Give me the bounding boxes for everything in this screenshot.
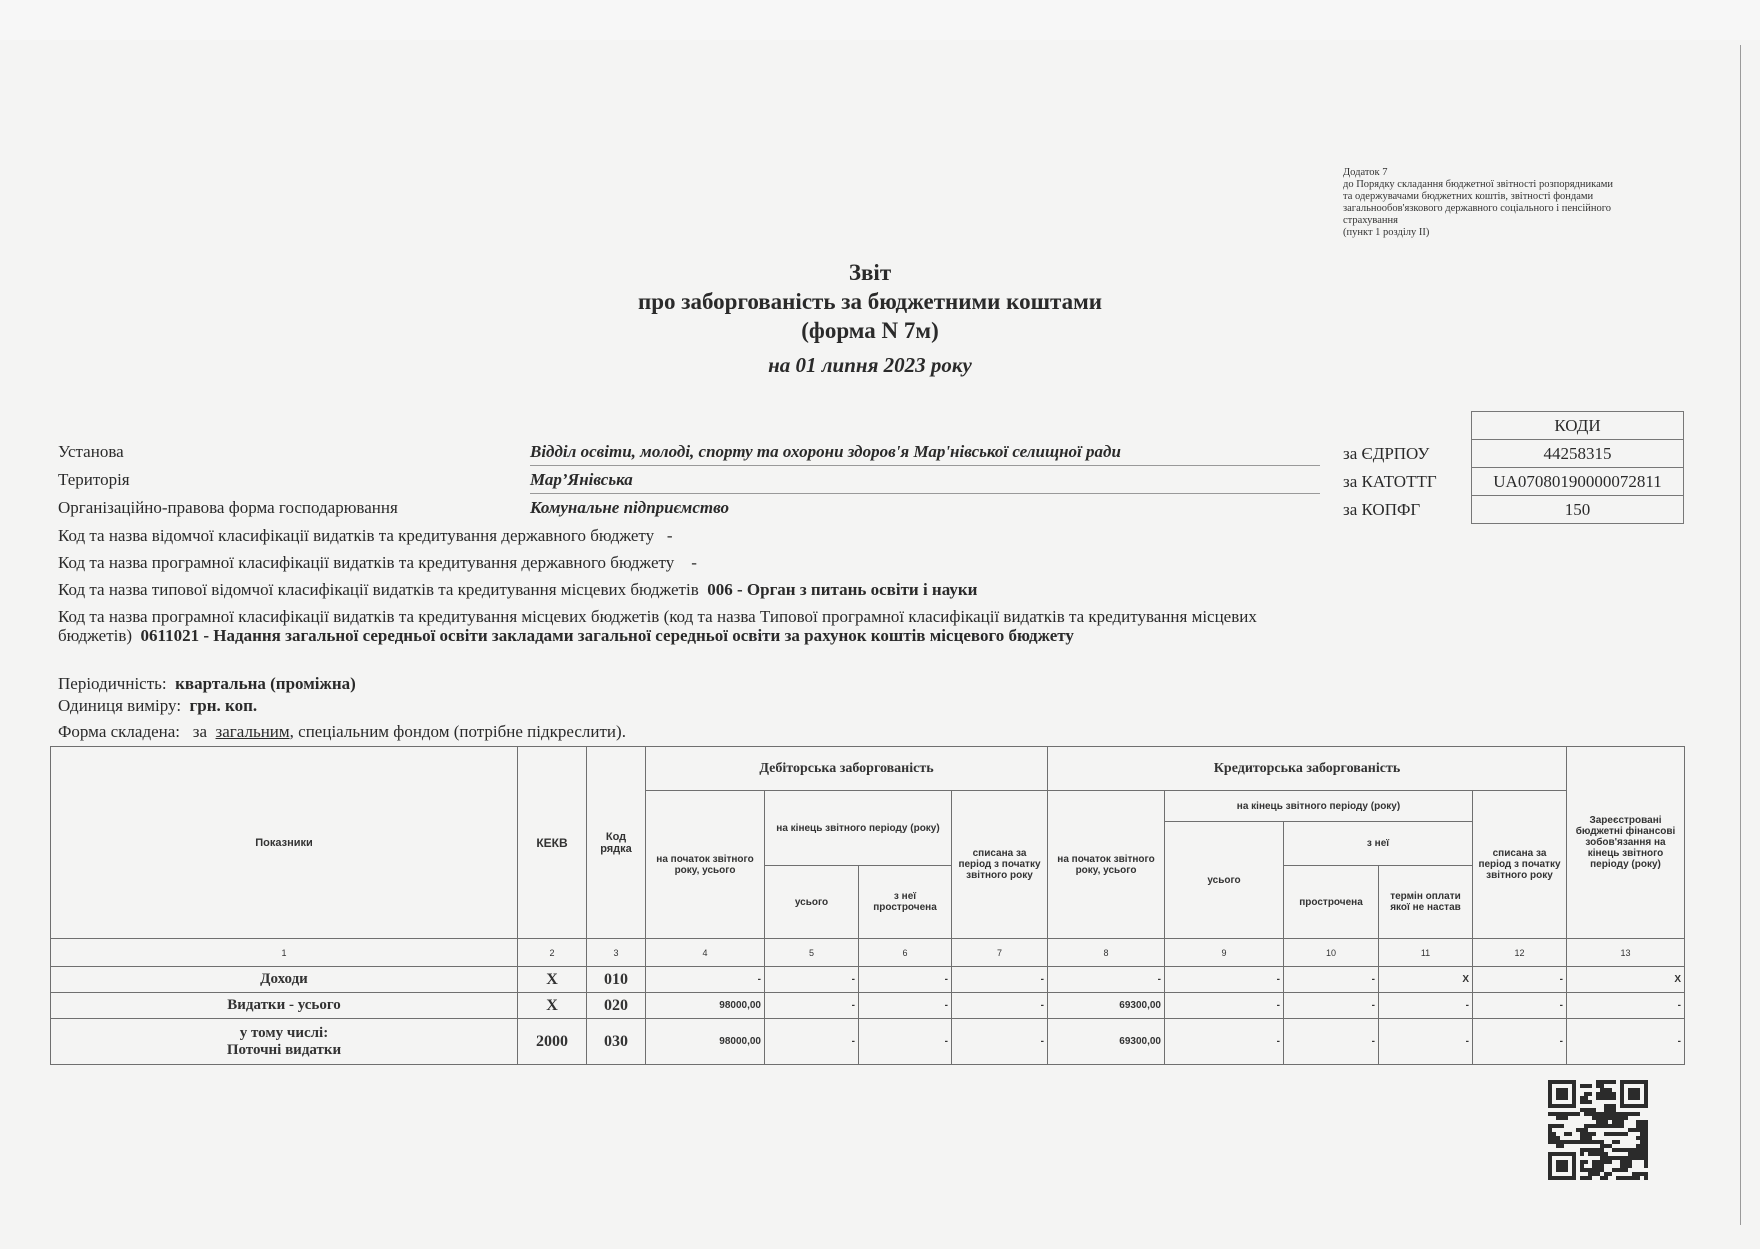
prog-class-state: Код та назва програмної класифікації вид… — [58, 553, 1348, 572]
institution-label: Установа — [58, 442, 124, 462]
typical-dept-local-value: 006 - Орган з питань освіти і науки — [707, 580, 977, 599]
header-credit-end: на кінець звітного періоду (року) — [1165, 791, 1473, 822]
katottg-label: за КАТОТТГ — [1343, 472, 1437, 492]
debt-table: Показники КЕКВ Код рядка Дебіторська заб… — [50, 746, 1685, 1065]
fund-rest: , спеціальним фондом (потрібне підкресли… — [290, 722, 626, 741]
col-num: 12 — [1473, 939, 1567, 967]
code-katottg: UA07080190000072811 — [1472, 468, 1684, 496]
row-value: 69300,00 — [1048, 993, 1165, 1019]
row-name: у тому числі: Поточні видатки — [51, 1019, 518, 1065]
header-credit-of-which: з неї — [1284, 822, 1473, 866]
table-row: Видатки - усьогоX02098000,00---69300,00-… — [51, 993, 1685, 1019]
row-value: - — [952, 967, 1048, 993]
row-value: - — [859, 1019, 952, 1065]
fund-general: загальним — [216, 722, 290, 741]
appendix-line: загальнообов'язкового державного соціаль… — [1343, 203, 1683, 215]
header-debit-total: усього — [765, 866, 859, 939]
row-value: - — [1165, 993, 1284, 1019]
row-value: - — [1473, 1019, 1567, 1065]
row-name: Доходи — [51, 967, 518, 993]
prog-local-value: 0611021 - Надання загальної середньої ос… — [141, 626, 1074, 645]
row-value: - — [1379, 1019, 1473, 1065]
qr-code-icon — [1548, 1080, 1648, 1180]
title-line-3: (форма N 7м) — [560, 316, 1180, 345]
row-value: X — [1379, 967, 1473, 993]
report-date: на 01 липня 2023 року — [560, 353, 1180, 378]
row-value: - — [646, 967, 765, 993]
header-credit-overdue: прострочена — [1284, 866, 1379, 939]
header-registered: Зареєстровані бюджетні фінансові зобов'я… — [1567, 747, 1685, 939]
typical-dept-local: Код та назва типової відомчої класифікац… — [58, 580, 1348, 599]
page-edge — [1740, 45, 1741, 1225]
code-edrpou: 44258315 — [1472, 440, 1684, 468]
col-num: 6 — [859, 939, 952, 967]
codes-header: КОДИ — [1472, 412, 1684, 440]
appendix-note: Додаток 7 до Порядку складання бюджетної… — [1343, 167, 1683, 239]
row-value: - — [952, 993, 1048, 1019]
col-num: 5 — [765, 939, 859, 967]
header-credit-written-off: списана за період з початку звітного рок… — [1473, 791, 1567, 939]
codes-table: КОДИ 44258315 UA07080190000072811 150 — [1471, 411, 1684, 524]
header-kekv: КЕКВ — [518, 747, 587, 939]
row-value: - — [1284, 967, 1379, 993]
col-num: 3 — [587, 939, 646, 967]
header-debit-overdue: з неї прострочена — [859, 866, 952, 939]
kopfg-label: за КОПФГ — [1343, 500, 1420, 520]
header-debit: Дебіторська заборгованість — [646, 747, 1048, 791]
row-value: - — [765, 993, 859, 1019]
fund-prefix: за — [193, 722, 207, 741]
col-num: 2 — [518, 939, 587, 967]
col-num: 1 — [51, 939, 518, 967]
edrpou-label: за ЄДРПОУ — [1343, 444, 1429, 464]
header-row-code: Код рядка — [587, 747, 646, 939]
header-debit-start: на початок звітного року, усього — [646, 791, 765, 939]
dept-class-state: Код та назва відомчої класифікації видат… — [58, 526, 1348, 545]
header-credit-not-due: термін оплати якої не настав — [1379, 866, 1473, 939]
scan-top-band — [0, 0, 1760, 40]
appendix-line: (пункт 1 розділу II) — [1343, 227, 1683, 239]
unit-label: Одиниця виміру: — [58, 696, 181, 715]
row-value: - — [1473, 993, 1567, 1019]
row-kekv: 2000 — [518, 1019, 587, 1065]
row-value: - — [1473, 967, 1567, 993]
unit: Одиниця виміру: грн. коп. — [58, 696, 1348, 715]
row-value: 98000,00 — [646, 993, 765, 1019]
prog-class-state-value: - — [691, 553, 697, 572]
col-num: 13 — [1567, 939, 1685, 967]
territory-value: Мар’Янівська — [530, 470, 1320, 494]
dept-class-state-value: - — [667, 526, 673, 545]
title-line-2: про заборгованість за бюджетними коштами — [560, 287, 1180, 316]
periodicity-value: квартальна (проміжна) — [175, 674, 356, 693]
row-value: - — [1284, 1019, 1379, 1065]
row-value: 98000,00 — [646, 1019, 765, 1065]
periodicity-label: Періодичність: — [58, 674, 167, 693]
row-value: X — [1567, 967, 1685, 993]
header-credit-total: усього — [1165, 822, 1284, 939]
column-numbers-row: 1 2 3 4 5 6 7 8 9 10 11 12 13 — [51, 939, 1685, 967]
appendix-line: до Порядку складання бюджетної звітності… — [1343, 179, 1683, 191]
row-value: - — [859, 993, 952, 1019]
col-num: 10 — [1284, 939, 1379, 967]
row-kekv: X — [518, 993, 587, 1019]
header-indicators: Показники — [51, 747, 518, 939]
row-value: - — [1284, 993, 1379, 1019]
row-code: 020 — [587, 993, 646, 1019]
prog-class-state-label: Код та назва програмної класифікації вид… — [58, 553, 674, 572]
dept-class-state-label: Код та назва відомчої класифікації видат… — [58, 526, 654, 545]
appendix-line: страхування — [1343, 215, 1683, 227]
fund-form: Форма складена: за загальним, спеціальни… — [58, 722, 1348, 741]
row-value: - — [1567, 1019, 1685, 1065]
code-kopfg: 150 — [1472, 496, 1684, 524]
row-code: 030 — [587, 1019, 646, 1065]
col-num: 7 — [952, 939, 1048, 967]
row-value: - — [765, 967, 859, 993]
row-name: Видатки - усього — [51, 993, 518, 1019]
appendix-title: Додаток 7 — [1343, 167, 1683, 179]
col-num: 4 — [646, 939, 765, 967]
row-kekv: X — [518, 967, 587, 993]
row-value: - — [1379, 993, 1473, 1019]
header-debit-written-off: списана за період з початку звітного рок… — [952, 791, 1048, 939]
appendix-line: та одержувачами бюджетних коштів, звітно… — [1343, 191, 1683, 203]
table-row: у тому числі: Поточні видатки20000309800… — [51, 1019, 1685, 1065]
org-form-label: Організаційно-правова форма господарюван… — [58, 498, 398, 518]
report-title: Звіт про заборгованість за бюджетними ко… — [560, 258, 1180, 378]
col-num: 11 — [1379, 939, 1473, 967]
title-line-1: Звіт — [560, 258, 1180, 287]
row-value: - — [1567, 993, 1685, 1019]
header-debit-end: на кінець звітного періоду (року) — [765, 791, 952, 866]
typical-dept-local-label: Код та назва типової відомчої класифікац… — [58, 580, 699, 599]
row-code: 010 — [587, 967, 646, 993]
row-value: 69300,00 — [1048, 1019, 1165, 1065]
row-value: - — [765, 1019, 859, 1065]
row-value: - — [1165, 1019, 1284, 1065]
prog-local: Код та назва програмної класифікації вид… — [58, 607, 1348, 645]
table-row: ДоходиX010-------X-X — [51, 967, 1685, 993]
territory-label: Територія — [58, 470, 130, 490]
row-value: - — [952, 1019, 1048, 1065]
row-value: - — [1048, 967, 1165, 993]
unit-value: грн. коп. — [190, 696, 258, 715]
periodicity: Періодичність: квартальна (проміжна) — [58, 674, 1348, 693]
fund-label: Форма складена: — [58, 722, 180, 741]
header-credit: Кредиторська заборгованість — [1048, 747, 1567, 791]
col-num: 9 — [1165, 939, 1284, 967]
col-num: 8 — [1048, 939, 1165, 967]
row-value: - — [859, 967, 952, 993]
header-credit-start: на початок звітного року, усього — [1048, 791, 1165, 939]
institution-value: Відділ освіти, молоді, спорту та охорони… — [530, 442, 1320, 466]
row-value: - — [1165, 967, 1284, 993]
org-form-value: Комунальне підприємство — [530, 498, 1320, 518]
